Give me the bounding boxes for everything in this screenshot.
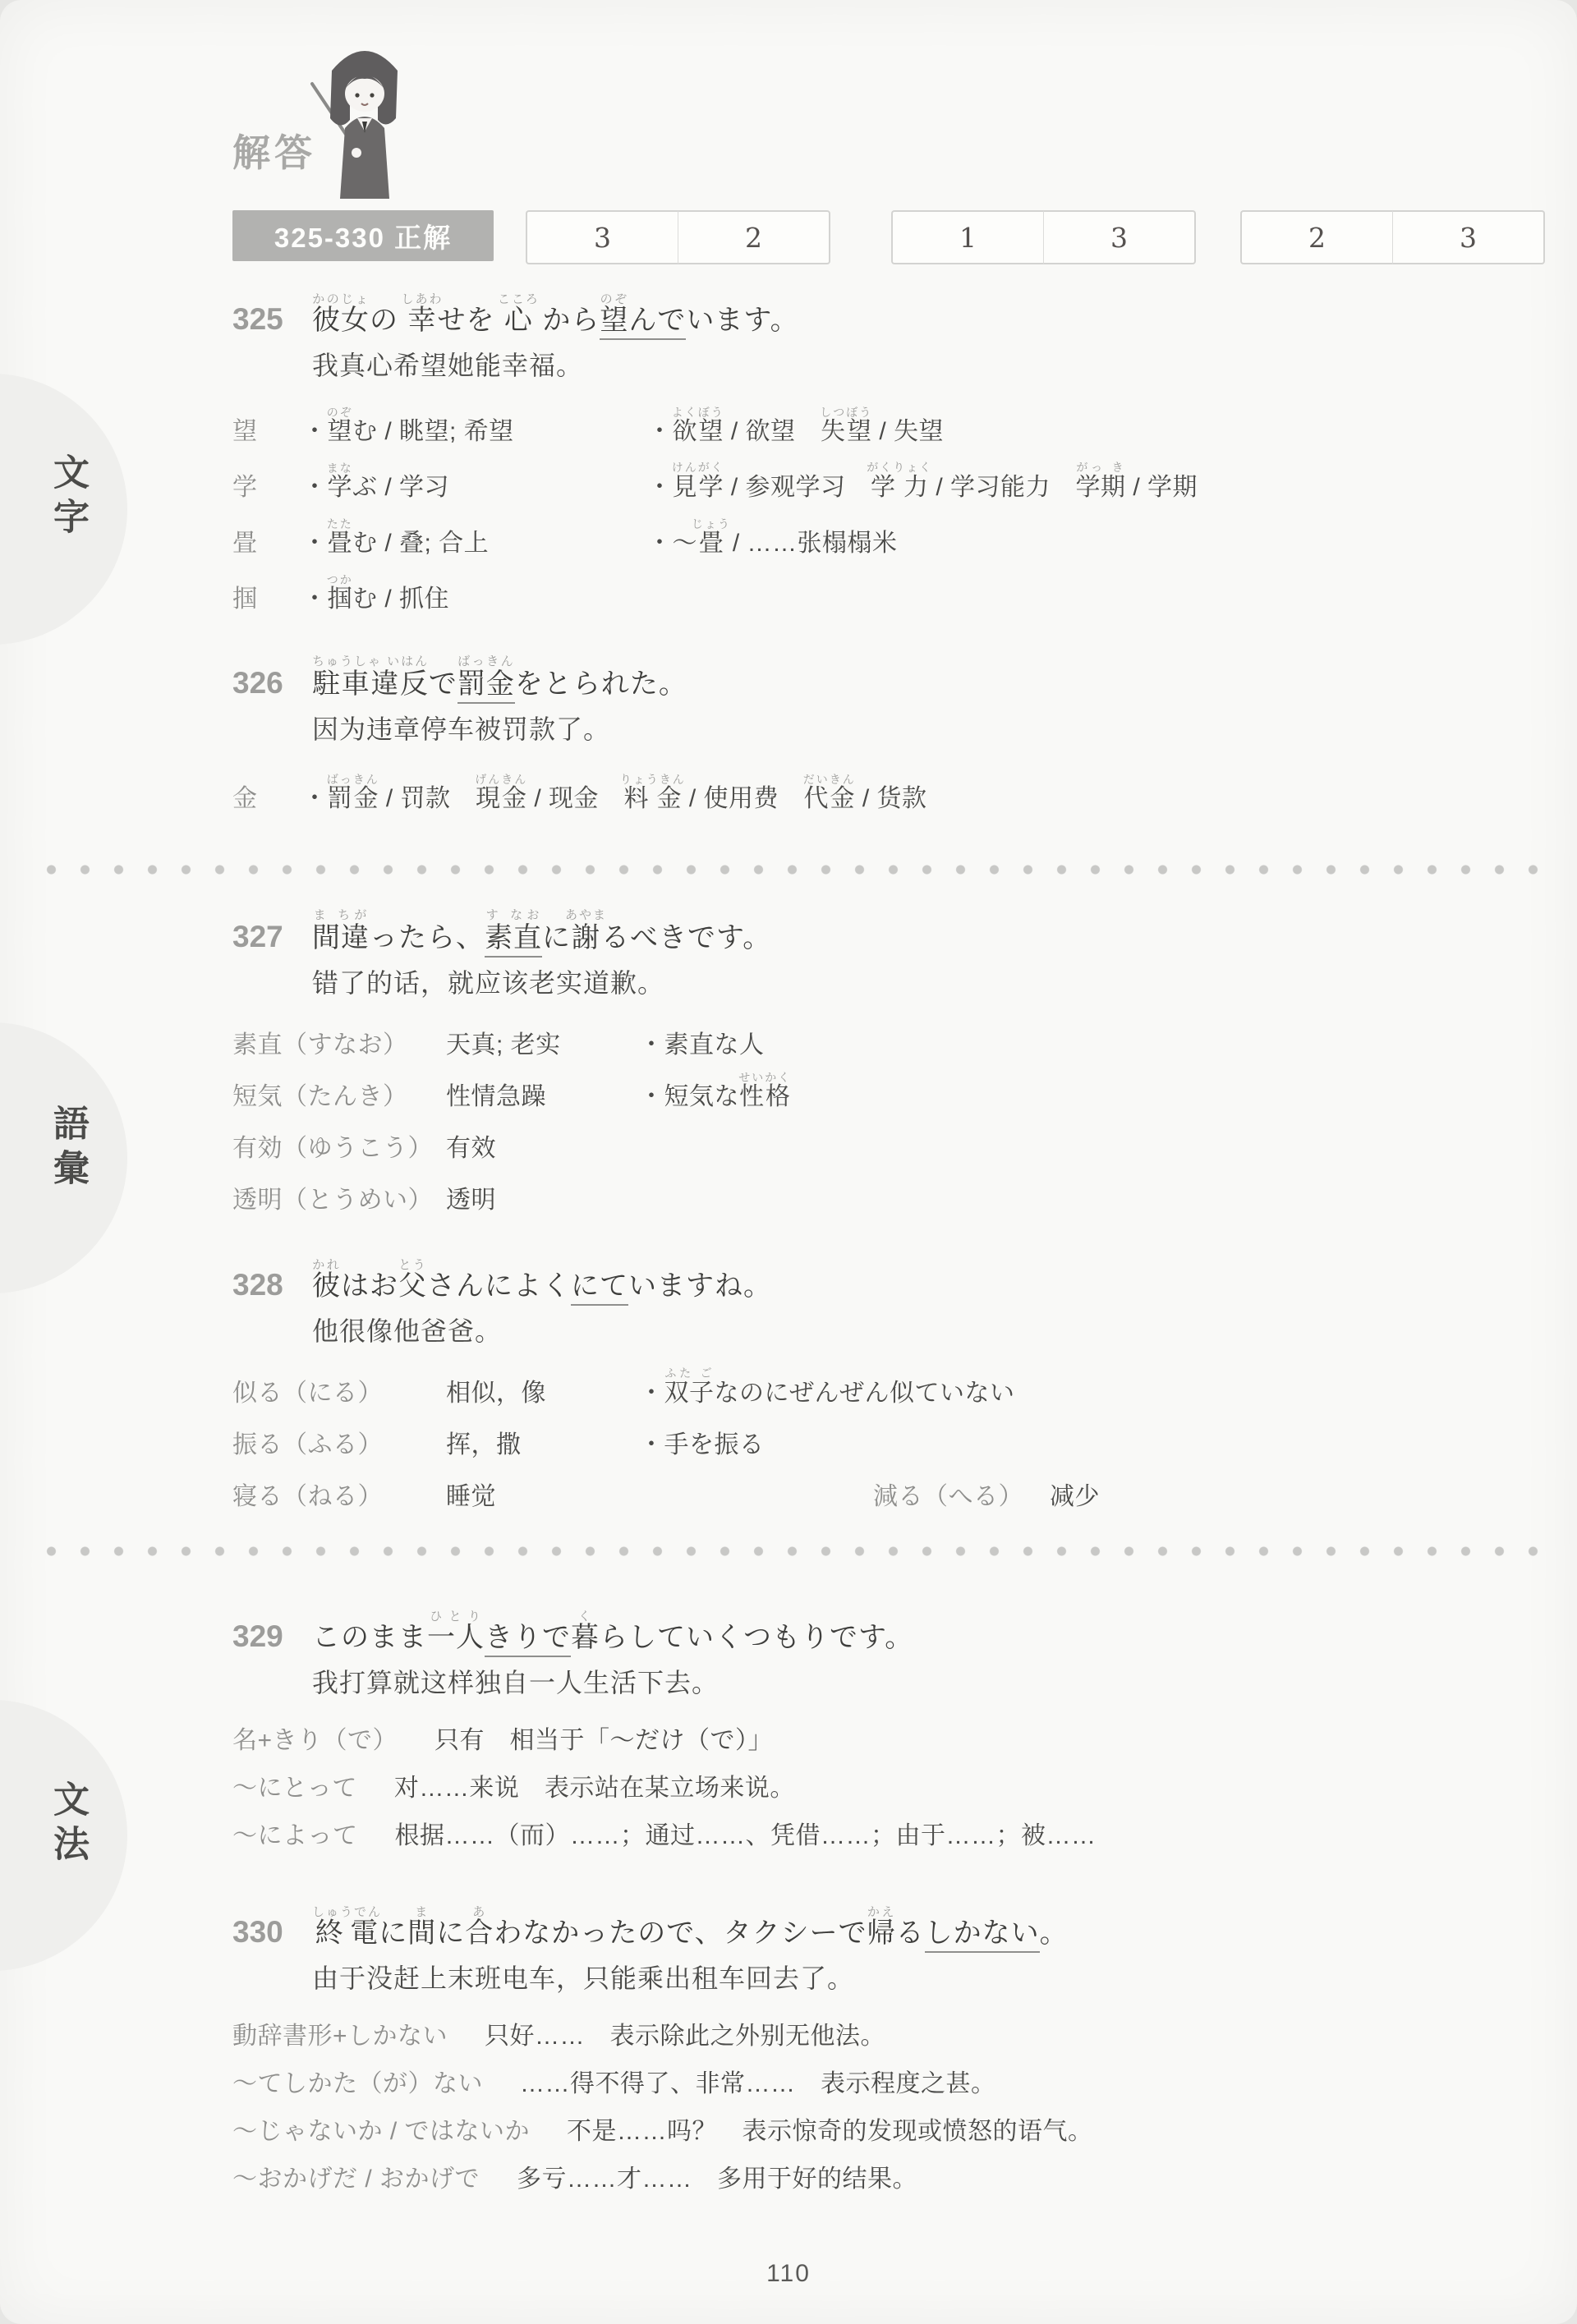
vocab-cell: 減る（へる）: [873, 1482, 1050, 1512]
vocab-cell: 有効（ゆうこう）: [232, 1134, 446, 1164]
vocab-cell: ・〜畳じょう / ……张榻榻米: [647, 517, 898, 558]
vocab-row: 似る（にる）相似，像・双子ふた ごなのにぜんぜん似ていない: [232, 1357, 1538, 1408]
answer-cell-5: 2: [1240, 210, 1392, 264]
hand-icon: [352, 148, 361, 158]
vocab-row: 望・望のぞむ / 眺望; 希望・欲望よくぼう / 欲望 失望しつぼう / 失望: [232, 391, 1538, 447]
vocab-row: 振る（ふる）挥，撒・手を振る: [232, 1408, 1538, 1460]
vocab-cell: 相似，像: [446, 1379, 639, 1408]
eye-icon: [370, 93, 374, 97]
vocab-cell: 根据……（而）……；通过……、凭借……；由于……；被……: [395, 1821, 1097, 1851]
question-number: 326: [232, 666, 312, 700]
vocab-cell: 〜によって: [232, 1821, 358, 1851]
question-sentence-line: 325彼女かのじょの 幸しあわせを 心こころ から望のぞんでいます。: [232, 289, 1538, 337]
question-number: 325: [232, 302, 312, 337]
vocab-row: 透明（とうめい）透明: [232, 1164, 1538, 1215]
side-tab-characters: 文字: [41, 453, 94, 542]
vocab-cell: 减少: [1050, 1482, 1100, 1512]
vocab-cell: 〜おかげだ / おかげで: [232, 2165, 480, 2194]
side-tab-grammar: 文法: [41, 1780, 94, 1869]
vocab-cell: 学: [232, 473, 302, 503]
vocab-cell: 掴: [232, 585, 302, 614]
vocab-row: 〜じゃないか / ではないか不是……吗？ 表示惊奇的发现或愤怒的语气。: [232, 2099, 1538, 2147]
answer-cell-group: 3 2: [526, 210, 830, 264]
question-325: 325彼女かのじょの 幸しあわせを 心こころ から望のぞんでいます。我真心希望她…: [232, 289, 1538, 614]
vocab-cell: 透明: [446, 1186, 496, 1215]
vocab-row: 名+きり（で）只有 相当于「〜だけ（で）」: [232, 1708, 1538, 1756]
vocab-cell: 睡觉: [446, 1482, 873, 1512]
vocab-rows: 望・望のぞむ / 眺望; 希望・欲望よくぼう / 欲望 失望しつぼう / 失望学…: [232, 391, 1538, 614]
vocab-row: 素直（すなお）天真; 老实・素直な人: [232, 1008, 1538, 1060]
vocab-cell: 挥，撒: [446, 1431, 639, 1460]
vocab-row: 〜によって根据……（而）……；通过……、凭借……；由于……；被……: [232, 1803, 1538, 1851]
vocab-cell: 畳: [232, 529, 302, 558]
face-icon: [345, 76, 384, 112]
vocab-rows: 名+きり（で）只有 相当于「〜だけ（で）」〜にとって对……来说 表示站在某立场来…: [232, 1708, 1538, 1851]
question-sentence: 彼かれはお父とうさんによくにていますね。: [312, 1258, 772, 1302]
vocab-cell: 多亏……才…… 多用于好的结果。: [517, 2165, 917, 2194]
question-sentence-line: 328彼かれはお父とうさんによくにていますね。: [232, 1255, 1538, 1302]
vocab-cell: 振る（ふる）: [232, 1431, 446, 1460]
vocab-row: 掴・掴つかむ / 抓住: [232, 558, 1538, 614]
answer-cell-2: 2: [678, 210, 830, 264]
question-sentence-line: 329このまま一人ひとりきりで暮くらしていくつもりです。: [232, 1606, 1538, 1654]
answer-cell-6: 3: [1392, 210, 1545, 264]
dotted-divider: [34, 1544, 1551, 1559]
side-tab-vocabulary: 語彙: [41, 1105, 94, 1193]
vocab-row: 金・罰金ばっきん / 罚款 現金げんきん / 现金 料金りょうきん / 使用费 …: [232, 755, 1538, 814]
vocab-cell: 〜にとって: [232, 1774, 357, 1803]
question-326: 326駐車違反ちゅうしゃ いはんで罰金ばっきんをとられた。因为违章停车被罚款了。…: [232, 653, 1538, 814]
vocab-row: 動辞書形+しかない只好…… 表示除此之外别无他法。: [232, 2004, 1538, 2051]
vocab-cell: ・望のぞむ / 眺望; 希望: [302, 406, 647, 447]
question-sentence-line: 326駐車違反ちゅうしゃ いはんで罰金ばっきんをとられた。: [232, 653, 1538, 700]
vocab-row: 短気（たんき）性情急躁・短気な性格せいかく: [232, 1060, 1538, 1112]
vocab-row: 有効（ゆうこう）有效: [232, 1112, 1538, 1164]
dotted-divider: [34, 862, 1551, 877]
vocab-cell: 不是……吗？ 表示惊奇的发现或愤怒的语气。: [567, 2117, 1093, 2147]
question-number: 330: [232, 1915, 312, 1950]
vocab-row: 学・学まなぶ / 学习・見学けんがく / 参观学习 学力がくりょく / 学习能力…: [232, 447, 1538, 503]
teacher-girl-illustration: [301, 36, 429, 200]
answer-cell-1: 3: [526, 210, 678, 264]
vocab-row: 〜てしかた（が）ない……得不得了、非常…… 表示程度之甚。: [232, 2051, 1538, 2099]
question-translation: 由于没赶上末班电车，只能乘出租车回去了。: [312, 1958, 1538, 1996]
vocab-cell: ・学まなぶ / 学习: [302, 462, 647, 503]
vocab-cell: 〜じゃないか / ではないか: [232, 2117, 530, 2147]
question-328: 328彼かれはお父とうさんによくにていますね。他很像他爸爸。似る（にる）相似，像…: [232, 1255, 1538, 1512]
question-translation: 我打算就这样独自一人生活下去。: [312, 1662, 1538, 1700]
question-330: 330終電しゅうでんに間まに合あわなかったので、タクシーで帰かえるしかない。由于…: [232, 1902, 1538, 2194]
vocab-row: 〜にとって对……来说 表示站在某立场来说。: [232, 1756, 1538, 1803]
vocab-row: 寝る（ねる）睡觉減る（へる）减少: [232, 1460, 1538, 1512]
vocab-cell: ・罰金ばっきん / 罚款 現金げんきん / 现金 料金りょうきん / 使用费 代…: [302, 773, 927, 814]
question-sentence: 間違ま ちがったら、素直す なおに謝あやまるべきです。: [312, 908, 771, 954]
vocab-cell: 〜てしかた（が）ない: [232, 2069, 483, 2099]
vocab-cell: 寝る（ねる）: [232, 1482, 446, 1512]
question-number: 328: [232, 1268, 312, 1302]
vocab-cell: ・短気な性格せいかく: [639, 1071, 791, 1112]
vocab-cell: ・見学けんがく / 参观学习 学力がくりょく / 学习能力 学期がっ き / 学…: [647, 461, 1198, 503]
vocab-cell: 金: [232, 784, 302, 814]
question-translation: 因为违章停车被罚款了。: [312, 709, 1538, 746]
vocab-cell: 短気（たんき）: [232, 1082, 446, 1112]
answer-range-label: 325-330 正解: [232, 210, 494, 261]
vocab-cell: 名+きり（で）: [232, 1726, 398, 1756]
vocab-cell: 似る（にる）: [232, 1379, 446, 1408]
page-number: 110: [0, 2260, 1577, 2288]
question-sentence: 彼女かのじょの 幸しあわせを 心こころ から望のぞんでいます。: [312, 292, 799, 337]
question-number: 327: [232, 920, 312, 954]
vocab-cell: ・掴つかむ / 抓住: [302, 573, 647, 614]
vocab-row: 〜おかげだ / おかげで多亏……才…… 多用于好的结果。: [232, 2147, 1538, 2194]
vocab-cell: 動辞書形+しかない: [232, 2022, 448, 2051]
question-sentence: 終電しゅうでんに間まに合あわなかったので、タクシーで帰かえるしかない。: [312, 1905, 1069, 1950]
question-sentence: 駐車違反ちゅうしゃ いはんで罰金ばっきんをとられた。: [312, 654, 687, 700]
vocab-cell: 望: [232, 417, 302, 447]
vocab-rows: 素直（すなお）天真; 老实・素直な人短気（たんき）性情急躁・短気な性格せいかく有…: [232, 1008, 1538, 1215]
question-sentence-line: 330終電しゅうでんに間まに合あわなかったので、タクシーで帰かえるしかない。: [232, 1902, 1538, 1950]
vocab-cell: 对……来说 表示站在某立场来说。: [394, 1774, 795, 1803]
vocab-rows: 似る（にる）相似，像・双子ふた ごなのにぜんぜん似ていない振る（ふる）挥，撒・手…: [232, 1357, 1538, 1512]
question-sentence-line: 327間違ま ちがったら、素直す なおに謝あやまるべきです。: [232, 907, 1538, 954]
vocab-cell: 天真; 老实: [446, 1031, 639, 1060]
question-translation: 错了的话，就应该老实道歉。: [312, 962, 1538, 1000]
vocab-cell: ・手を振る: [639, 1431, 765, 1460]
question-translation: 我真心希望她能幸福。: [312, 345, 1538, 383]
answer-cell-4: 3: [1043, 210, 1196, 264]
question-number: 329: [232, 1619, 312, 1654]
answer-cell-group: 1 3: [891, 210, 1196, 264]
vocab-cell: 只好…… 表示除此之外别无他法。: [485, 2022, 885, 2051]
vocab-cell: ・畳たたむ / 叠; 合上: [302, 517, 647, 558]
question-329: 329このまま一人ひとりきりで暮くらしていくつもりです。我打算就这样独自一人生活…: [232, 1606, 1538, 1851]
vocab-cell: 只有 相当于「〜だけ（で）」: [434, 1726, 773, 1756]
vocab-rows: 動辞書形+しかない只好…… 表示除此之外别无他法。〜てしかた（が）ない……得不得…: [232, 2004, 1538, 2194]
vocab-cell: 透明（とうめい）: [232, 1186, 446, 1215]
vocab-cell: 性情急躁: [446, 1082, 639, 1112]
vocab-cell: ・双子ふた ごなのにぜんぜん似ていない: [639, 1366, 1015, 1408]
vocab-cell: ・欲望よくぼう / 欲望 失望しつぼう / 失望: [647, 406, 944, 447]
answer-cell-3: 1: [891, 210, 1043, 264]
vocab-cell: 素直（すなお）: [232, 1031, 446, 1060]
question-translation: 他很像他爸爸。: [312, 1311, 1538, 1348]
question-sentence: このまま一人ひとりきりで暮くらしていくつもりです。: [312, 1610, 913, 1654]
eye-icon: [355, 93, 359, 97]
vocab-rows: 金・罰金ばっきん / 罚款 現金げんきん / 现金 料金りょうきん / 使用费 …: [232, 755, 1538, 814]
scanned-textbook-page: 解答 325-330 正解 3 2 1 3 2 3 文字 語彙 文法 325彼女…: [0, 0, 1577, 2324]
vocab-row: 畳・畳たたむ / 叠; 合上・〜畳じょう / ……张榻榻米: [232, 503, 1538, 558]
vocab-cell: ・素直な人: [639, 1031, 765, 1060]
vocab-cell: ……得不得了、非常…… 表示程度之甚。: [520, 2069, 996, 2099]
vocab-cell: 有效: [446, 1134, 496, 1164]
answer-cell-group: 2 3: [1240, 210, 1545, 264]
question-327: 327間違ま ちがったら、素直す なおに謝あやまるべきです。错了的话，就应该老实…: [232, 907, 1538, 1215]
